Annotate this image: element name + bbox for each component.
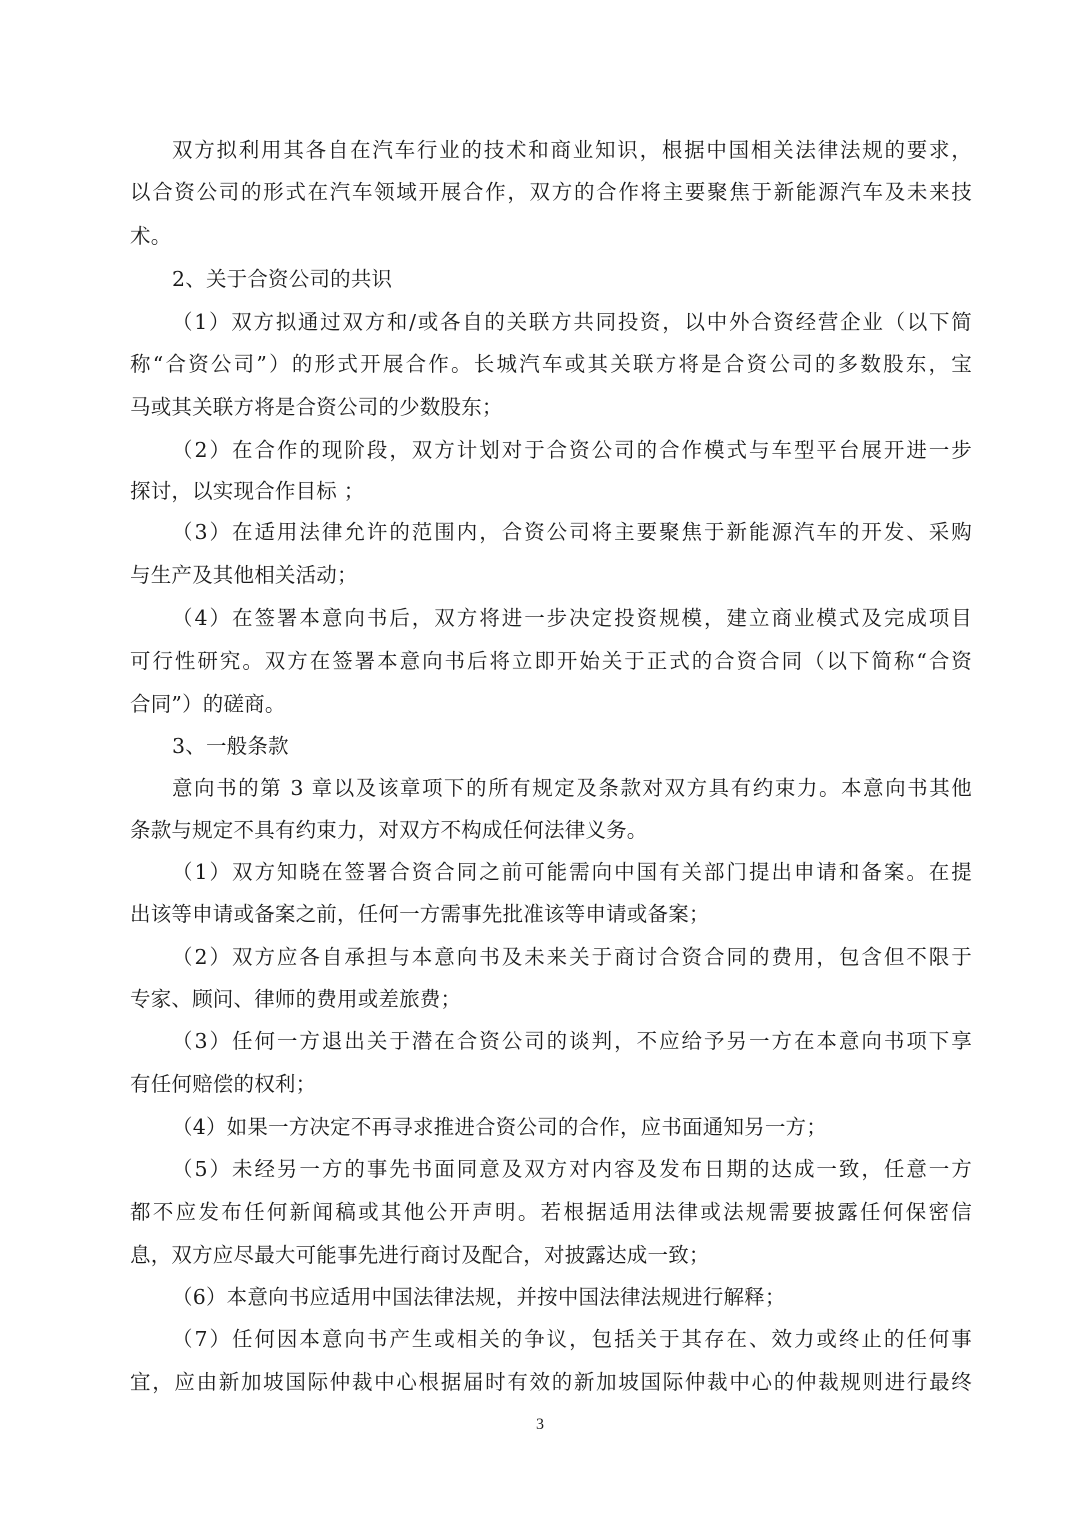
document-page: 双方拟利用其各自在汽车行业的技术和商业知识，根据中国相关法律法规的要求，以合资公… xyxy=(0,0,1080,1527)
text-line: （2）双方应各自承担与本意向书及未来关于商讨合资合同的费用，包含但不限于 xyxy=(172,943,972,971)
text-line: （4）在签署本意向书后，双方将进一步决定投资规模，建立商业模式及完成项目 xyxy=(172,604,972,632)
text-line: 都不应发布任何新闻稿或其他公开声明。若根据适用法律或法规需要披露任何保密信 xyxy=(130,1198,972,1226)
text-line: （4）如果一方决定不再寻求推进合资公司的合作，应书面通知另一方； xyxy=(172,1113,972,1141)
text-line: 有任何赔偿的权利； xyxy=(130,1070,972,1098)
text-line: 2、关于合资公司的共识 xyxy=(172,265,972,293)
text-line: 宜，应由新加坡国际仲裁中心根据届时有效的新加坡国际仲裁中心的仲裁规则进行最终 xyxy=(130,1368,972,1396)
text-line: （1）双方知晓在签署合资合同之前可能需向中国有关部门提出申请和备案。在提 xyxy=(172,858,972,886)
text-line: 探讨，以实现合作目标 ； xyxy=(130,477,972,505)
text-line: 条款与规定不具有约束力，对双方不构成任何法律义务。 xyxy=(130,816,972,844)
page-number: 3 xyxy=(0,1414,1080,1436)
text-line: （1）双方拟通过双方和/或各自的关联方共同投资，以中外合资经营企业（以下简 xyxy=(172,308,972,336)
text-line: 与生产及其他相关活动； xyxy=(130,561,972,589)
text-line: 称“合资公司”）的形式开展合作。长城汽车或其关联方将是合资公司的多数股东，宝 xyxy=(130,350,972,378)
text-line: （3）任何一方退出关于潜在合资公司的谈判，不应给予另一方在本意向书项下享 xyxy=(172,1027,972,1055)
text-line: 以合资公司的形式在汽车领域开展合作，双方的合作将主要聚焦于新能源汽车及未来技 xyxy=(130,178,972,206)
text-line: 双方拟利用其各自在汽车行业的技术和商业知识，根据中国相关法律法规的要求， xyxy=(172,136,972,164)
text-line: 息，双方应尽最大可能事先进行商讨及配合，对披露达成一致； xyxy=(130,1241,972,1269)
text-line: 马或其关联方将是合资公司的少数股东； xyxy=(130,393,972,421)
text-line: 可行性研究。双方在签署本意向书后将立即开始关于正式的合资合同（以下简称“合资 xyxy=(130,647,972,675)
text-line: 专家、顾问、律师的费用或差旅费； xyxy=(130,985,972,1013)
text-line: 合同”）的磋商。 xyxy=(130,690,972,718)
text-line: 3、一般条款 xyxy=(172,732,972,760)
text-line: 意向书的第 3 章以及该章项下的所有规定及条款对双方具有约束力。本意向书其他 xyxy=(172,774,972,802)
text-line: 出该等申请或备案之前，任何一方需事先批准该等申请或备案； xyxy=(130,900,972,928)
text-line: （3）在适用法律允许的范围内，合资公司将主要聚焦于新能源汽车的开发、采购 xyxy=(172,518,972,546)
text-line: （7）任何因本意向书产生或相关的争议，包括关于其存在、效力或终止的任何事 xyxy=(172,1325,972,1353)
text-line: （6）本意向书应适用中国法律法规，并按中国法律法规进行解释； xyxy=(172,1283,972,1311)
text-line: （5）未经另一方的事先书面同意及双方对内容及发布日期的达成一致，任意一方 xyxy=(172,1155,972,1183)
text-line: （2）在合作的现阶段，双方计划对于合资公司的合作模式与车型平台展开进一步 xyxy=(172,436,972,464)
text-line: 术。 xyxy=(130,222,972,250)
